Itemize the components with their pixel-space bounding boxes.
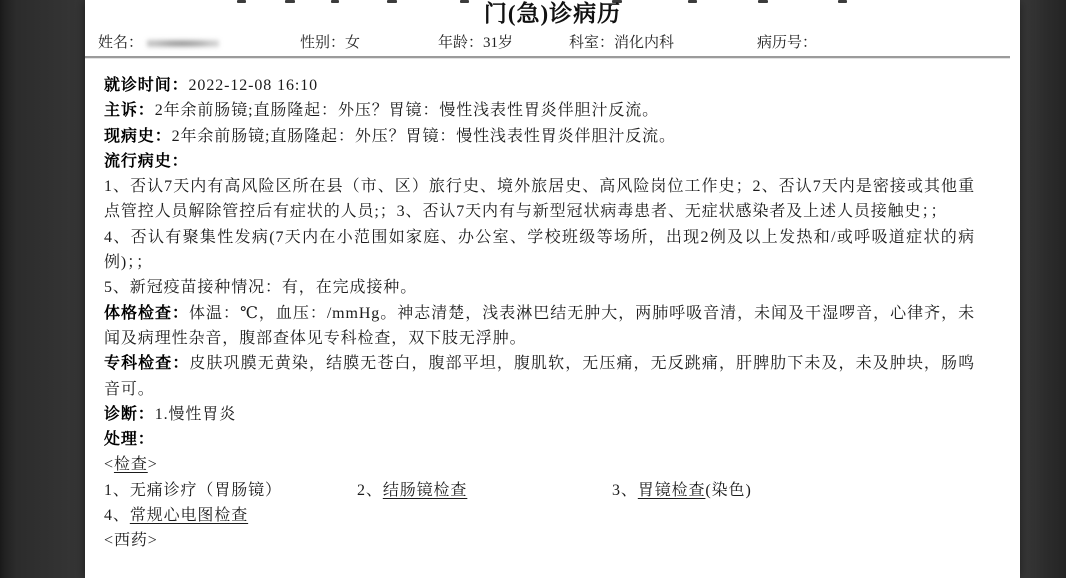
patient-name-redacted bbox=[147, 38, 219, 49]
patient-age-label: 年龄： bbox=[438, 35, 483, 51]
diagnosis-value: 1.慢性胃炎 bbox=[155, 406, 236, 423]
specialist-exam-line: 专科检查：皮肤巩膜无黄染，结膜无苍白，腹部平坦，腹肌软，无压痛，无反跳痛，肝脾肋… bbox=[104, 351, 975, 402]
exam-order-text: 胃镜检查 bbox=[638, 482, 706, 499]
patient-gender-value: 女 bbox=[345, 35, 360, 51]
viewer-background-right bbox=[1020, 0, 1066, 578]
exam-order-text: 结肠镜检查 bbox=[383, 482, 468, 499]
exam-order-row-1: 1、无痛诊疗（胃肠镜） 2、结肠镜检查 3、胃镜检查(染色) bbox=[104, 478, 975, 503]
exam-group-open-bracket: < bbox=[104, 456, 114, 473]
treatment-line: 处理： bbox=[104, 427, 975, 452]
patient-dept-field: 科室：消化内科 bbox=[569, 31, 674, 52]
specialist-exam-label: 专科检查： bbox=[104, 355, 189, 372]
patient-age-value: 31岁 bbox=[483, 35, 513, 51]
present-illness-line: 现病史：2年余前肠镜;直肠隆起：外压？胃镜：慢性浅表性胃炎伴胆汁反流。 bbox=[104, 124, 975, 149]
chief-complaint-label: 主诉： bbox=[104, 102, 155, 119]
record-no-label: 病历号： bbox=[757, 35, 817, 51]
epidemic-history-label: 流行病史： bbox=[104, 153, 189, 170]
treatment-label: 处理： bbox=[104, 431, 155, 448]
patient-info-row: 姓名： 性别：女 年龄：31岁 科室：消化内科 病历号： bbox=[85, 31, 1020, 53]
western-group-close-bracket: > bbox=[148, 532, 158, 549]
record-no-field: 病历号： bbox=[757, 31, 817, 52]
visit-time-value: 2022-12-08 16:10 bbox=[189, 77, 319, 94]
exam-order-text: 无痛诊疗（胃肠镜） bbox=[130, 482, 282, 499]
patient-name-label: 姓名： bbox=[98, 35, 143, 51]
exam-order-text: 常规心电图检查 bbox=[130, 507, 248, 524]
exam-order-item: 4、常规心电图检查 bbox=[104, 507, 248, 524]
epidemic-history-item: 4、否认有聚集性发病(7天内在小范围如家庭、办公室、学校班级等场所，出现2例及以… bbox=[104, 225, 975, 276]
page-title: 门(急)诊病历 bbox=[85, 1, 1020, 27]
exam-group-heading: <检查> bbox=[104, 452, 975, 477]
patient-dept-label: 科室： bbox=[569, 35, 614, 51]
patient-gender-label: 性别： bbox=[300, 35, 345, 51]
header-divider bbox=[85, 56, 1010, 59]
epidemic-history-item: 5、新冠疫苗接种情况：有，在完成接种。 bbox=[104, 275, 975, 300]
document-page: 门(急)诊病历 姓名： 性别：女 年龄：31岁 科室：消化内科 病历号： 就诊时… bbox=[85, 0, 1020, 578]
visit-time-label: 就诊时间： bbox=[104, 77, 189, 94]
epidemic-history-label-line: 流行病史： bbox=[104, 149, 975, 174]
chief-complaint-value: 2年余前肠镜;直肠隆起：外压？胃镜：慢性浅表性胃炎伴胆汁反流。 bbox=[155, 102, 659, 119]
exam-order-item: 3、胃镜检查(染色) bbox=[612, 478, 752, 503]
patient-gender-field: 性别：女 bbox=[300, 31, 360, 52]
present-illness-value: 2年余前肠镜;直肠隆起：外压？胃镜：慢性浅表性胃炎伴胆汁反流。 bbox=[172, 128, 676, 145]
physical-exam-label: 体格检查： bbox=[104, 305, 189, 322]
present-illness-label: 现病史： bbox=[104, 128, 172, 145]
patient-dept-value: 消化内科 bbox=[614, 35, 674, 51]
patient-age-field: 年龄：31岁 bbox=[438, 31, 513, 52]
exam-order-row-2: 4、常规心电图检查 bbox=[104, 503, 975, 528]
epidemic-history-item: 1、否认7天内有高风险区所在县（市、区）旅行史、境外旅居史、高风险岗位工作史；2… bbox=[104, 174, 975, 225]
record-body: 就诊时间：2022-12-08 16:10 主诉：2年余前肠镜;直肠隆起：外压？… bbox=[104, 73, 975, 554]
exam-order-suffix: (染色) bbox=[705, 482, 751, 499]
chief-complaint-line: 主诉：2年余前肠镜;直肠隆起：外压？胃镜：慢性浅表性胃炎伴胆汁反流。 bbox=[104, 98, 975, 123]
physical-exam-line: 体格检查：体温：℃，血压：/mmHg。神志清楚，浅表淋巴结无肿大，两肺呼吸音清，… bbox=[104, 301, 975, 352]
exam-group-close-bracket: > bbox=[148, 456, 158, 473]
exam-order-item: 2、结肠镜检查 bbox=[357, 478, 612, 503]
exam-order-num: 1、 bbox=[104, 482, 130, 499]
western-medicine-group-heading: <西药> bbox=[104, 528, 975, 553]
diagnosis-line: 诊断：1.慢性胃炎 bbox=[104, 402, 975, 427]
exam-order-num: 4、 bbox=[104, 507, 130, 524]
viewer-background-left bbox=[0, 0, 85, 578]
exam-order-item: 1、无痛诊疗（胃肠镜） bbox=[104, 478, 357, 503]
physical-exam-value: 体温：℃，血压：/mmHg。神志清楚，浅表淋巴结无肿大，两肺呼吸音清，未闻及干湿… bbox=[104, 305, 975, 347]
exam-order-num: 3、 bbox=[612, 482, 638, 499]
specialist-exam-value: 皮肤巩膜无黄染，结膜无苍白，腹部平坦，腹肌软，无压痛，无反跳痛，肝脾肋下未及，未… bbox=[104, 355, 975, 397]
western-group-text: 西药 bbox=[114, 532, 148, 549]
exam-order-num: 2、 bbox=[357, 482, 383, 499]
patient-name-field: 姓名： bbox=[98, 31, 219, 52]
visit-time-line: 就诊时间：2022-12-08 16:10 bbox=[104, 73, 975, 98]
western-group-open-bracket: < bbox=[104, 532, 114, 549]
exam-group-text: 检查 bbox=[114, 456, 148, 473]
diagnosis-label: 诊断： bbox=[104, 406, 155, 423]
